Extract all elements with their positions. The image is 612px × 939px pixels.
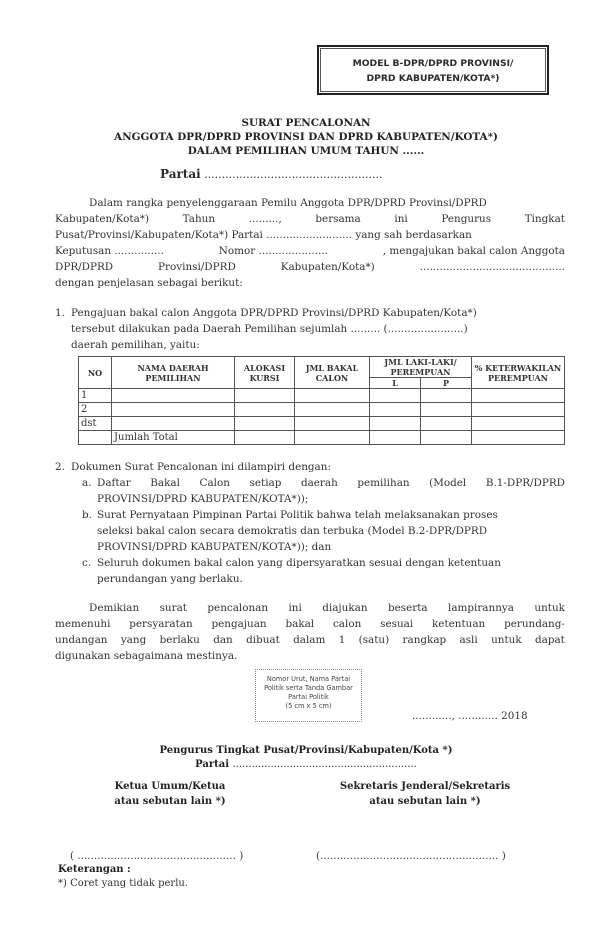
text-line: DPR/DPRDProvinsi/DPRDKabupaten/Kota*)...… — [55, 259, 565, 275]
cell-empty[interactable] — [295, 389, 370, 403]
col-p: P — [421, 378, 472, 389]
text-segment: sesuai — [380, 616, 413, 632]
partai-name-field[interactable]: ........................................… — [204, 168, 382, 181]
text-segment: 1 — [339, 632, 346, 648]
text-segment: memenuhi — [55, 616, 110, 632]
text-segment: undangan — [55, 632, 107, 648]
document-title: SURAT PENCALONAN — [0, 117, 612, 129]
cell-no[interactable] — [79, 431, 112, 445]
text-line: Seluruh dokumen bakal calon yang dipersy… — [97, 555, 565, 571]
attachment-letter: a. — [82, 475, 92, 491]
cell-empty[interactable] — [472, 431, 565, 445]
text-segment: DPR/DPRD — [55, 259, 113, 275]
signature-partai-field[interactable]: ........................................… — [233, 759, 417, 770]
text-segment: (satu) — [359, 632, 390, 648]
text-segment: Demikian — [89, 600, 139, 616]
text-segment: untuk — [534, 600, 565, 616]
cell-nama[interactable] — [112, 417, 235, 431]
text-segment: PROVINSI/DPRD KABUPATEN/KOTA*)); dan — [97, 539, 331, 555]
text-segment: ini — [288, 600, 301, 616]
table-row: Jumlah Total — [79, 431, 565, 445]
cell-empty[interactable] — [472, 417, 565, 431]
col-keterwakilan: % KETERWAKILAN PEREMPUAN — [472, 357, 565, 389]
sekretaris-signature-field[interactable]: (.......................................… — [316, 850, 506, 862]
text-segment: perundang- — [504, 616, 565, 632]
text-segment: Tingkat — [525, 211, 565, 227]
col-no: NO — [79, 357, 112, 389]
text-segment: calon — [333, 616, 361, 632]
item-2: 2. Dokumen Surat Pencalonan ini dilampir… — [55, 459, 565, 475]
text-line: PROVINSI/DPRD KABUPATEN/KOTA*)); — [97, 491, 565, 507]
attachment-item: c.Seluruh dokumen bakal calon yang diper… — [82, 555, 565, 587]
text-segment: bakal — [285, 616, 314, 632]
item-1-number: 1. — [55, 305, 65, 321]
cell-empty[interactable] — [295, 431, 370, 445]
text-segment: surat — [160, 600, 187, 616]
text-segment: dengan penjelasan sebagai berikut: — [55, 275, 243, 291]
text-segment: pengajuan — [211, 616, 266, 632]
cell-empty[interactable] — [421, 431, 472, 445]
cell-empty[interactable] — [235, 417, 295, 431]
text-segment: Pengurus — [441, 211, 491, 227]
text-segment: lampirannya — [448, 600, 514, 616]
signature-partai-label: Partai — [195, 759, 229, 770]
item-2-intro: Dokumen Surat Pencalonan ini dilampiri d… — [71, 459, 565, 475]
text-line: Keputusan ...............Nomor .........… — [55, 243, 565, 259]
place-date-field[interactable]: ............, ............ 2018 — [412, 710, 528, 722]
cell-nama[interactable] — [112, 389, 235, 403]
sekretaris-title: Sekretaris Jenderal/Sekretaris — [325, 779, 525, 794]
text-segment: Provinsi/DPRD — [158, 259, 236, 275]
item-2-number: 2. — [55, 459, 65, 475]
cell-no[interactable]: 1 — [79, 389, 112, 403]
cell-empty[interactable] — [295, 403, 370, 417]
text-segment: Keputusan ............... — [55, 243, 164, 259]
table-row: dst — [79, 417, 565, 431]
ketua-signature-field[interactable]: ( ......................................… — [70, 850, 243, 862]
attachment-letter: b. — [82, 507, 92, 523]
item-1-line: tersebut dilakukan pada Daerah Pemilihan… — [71, 321, 565, 337]
text-segment: yang — [121, 632, 146, 648]
ketua-title: Ketua Umum/Ketua — [95, 779, 245, 794]
closing-paragraph: Demikiansuratpencalonaninidiajukanbesert… — [55, 600, 565, 664]
cell-no[interactable]: 2 — [79, 403, 112, 417]
attachment-list: a.DaftarBakalCalonsetiapdaerahpemilihan(… — [82, 475, 565, 587]
text-segment: PROVINSI/DPRD KABUPATEN/KOTA*)); — [97, 491, 308, 507]
document-subtitle-1: ANGGOTA DPR/DPRD PROVINSI DAN DPRD KABUP… — [0, 131, 612, 143]
item-1-line: Pengajuan bakal calon Anggota DPR/DPRD P… — [71, 305, 565, 321]
cell-empty[interactable] — [370, 431, 421, 445]
text-segment: seleksi bakal calon secara demokratis da… — [97, 523, 487, 539]
text-segment: Tahun — [183, 211, 215, 227]
text-line: Kabupaten/Kota*)Tahun.........,bersamain… — [55, 211, 565, 227]
text-line: perundangan yang berlaku. — [97, 571, 565, 587]
text-segment: rangkap — [403, 632, 447, 648]
text-segment: pencalonan — [207, 600, 268, 616]
ketua-subtitle: atau sebutan lain *) — [95, 794, 245, 809]
text-segment: perundangan yang berlaku. — [97, 571, 243, 587]
logo-box-line2: Politik serta Tanda Gambar — [256, 684, 361, 693]
party-logo-placeholder: Nomor Urut, Nama Partai Politik serta Ta… — [255, 669, 362, 722]
item-1: 1. Pengajuan bakal calon Anggota DPR/DPR… — [55, 305, 565, 353]
text-segment: ........................................… — [420, 259, 565, 275]
cell-nama[interactable] — [112, 403, 235, 417]
attachment-item: b.Surat Pernyataan Pimpinan Partai Polit… — [82, 507, 565, 555]
cell-empty[interactable] — [235, 403, 295, 417]
text-segment: Bakal — [150, 475, 180, 491]
text-line: undanganyangberlakudandibuatdalam1(satu)… — [55, 632, 565, 648]
text-segment: ........., — [249, 211, 282, 227]
cell-empty[interactable] — [421, 403, 472, 417]
text-segment: Kabupaten/Kota*) — [55, 211, 149, 227]
model-label-line2: DPRD KABUPATEN/KOTA*) — [319, 71, 547, 86]
text-segment: bersama — [315, 211, 360, 227]
attachment-letter: c. — [82, 555, 91, 571]
logo-box-line1: Nomor Urut, Nama Partai — [256, 675, 361, 684]
text-segment: digunakan sebagaimana mestinya. — [55, 648, 237, 664]
cell-empty[interactable] — [421, 417, 472, 431]
cell-empty[interactable] — [370, 403, 421, 417]
text-line: Demikiansuratpencalonaninidiajukanbesert… — [55, 600, 565, 616]
text-segment: dibuat — [246, 632, 280, 648]
cell-nama[interactable]: Jumlah Total — [112, 431, 235, 445]
partai-label: Partai — [160, 167, 201, 181]
item-1-line: daerah pemilihan, yaitu: — [71, 337, 565, 353]
model-label-box: MODEL B-DPR/DPRD PROVINSI/ DPRD KABUPATE… — [317, 45, 549, 95]
text-segment: pemilihan — [357, 475, 409, 491]
note-title: Keterangan : — [58, 864, 131, 875]
cell-empty[interactable] — [472, 389, 565, 403]
signature-right-title: Sekretaris Jenderal/Sekretaris atau sebu… — [325, 779, 525, 809]
logo-box-line3: Partai Politik — [256, 693, 361, 702]
attachment-text: DaftarBakalCalonsetiapdaerahpemilihan(Mo… — [97, 475, 565, 507]
table-row: 2 — [79, 403, 565, 417]
text-segment: Pusat/Provinsi/Kabupaten/Kota*) Partai .… — [55, 227, 472, 243]
logo-box-line4: (5 cm x 5 cm) — [256, 702, 361, 711]
text-segment: persyaratan — [129, 616, 192, 632]
attachment-item: a.DaftarBakalCalonsetiapdaerahpemilihan(… — [82, 475, 565, 507]
col-alokasi-kursi: ALOKASI KURSI — [235, 357, 295, 389]
text-segment: Surat Pernyataan Pimpinan Partai Politik… — [97, 507, 498, 523]
text-line: dengan penjelasan sebagai berikut: — [55, 275, 565, 291]
text-segment: Dalam rangka penyelenggaraan Pemilu Angg… — [89, 195, 487, 211]
model-label-line1: MODEL B-DPR/DPRD PROVINSI/ — [319, 56, 547, 71]
note-text: *) Coret yang tidak perlu. — [58, 878, 188, 889]
cell-empty[interactable] — [421, 389, 472, 403]
text-line: Dalam rangka penyelenggaraan Pemilu Angg… — [55, 195, 565, 211]
cell-empty[interactable] — [370, 417, 421, 431]
text-segment: Calon — [200, 475, 230, 491]
cell-no[interactable]: dst — [79, 417, 112, 431]
partai-heading: Partai .................................… — [160, 167, 383, 181]
text-line: memenuhipersyaratanpengajuanbakalcalonse… — [55, 616, 565, 632]
text-segment: (Model — [429, 475, 466, 491]
cell-empty[interactable] — [472, 403, 565, 417]
text-segment: diajukan — [322, 600, 367, 616]
sekretaris-subtitle: atau sebutan lain *) — [325, 794, 525, 809]
document-subtitle-2: DALAM PEMILIHAN UMUM TAHUN ...... — [0, 145, 612, 157]
cell-empty[interactable] — [235, 431, 295, 445]
signature-heading: Pengurus Tingkat Pusat/Provinsi/Kabupate… — [0, 745, 612, 756]
col-jml-laki-perempuan: JML LAKI-LAKI/ PEREMPUAN — [370, 357, 472, 378]
text-line: seleksi bakal calon secara demokratis da… — [97, 523, 565, 539]
text-segment: dan — [213, 632, 233, 648]
attachment-text: Seluruh dokumen bakal calon yang dipersy… — [97, 555, 565, 587]
text-line: DaftarBakalCalonsetiapdaerahpemilihan(Mo… — [97, 475, 565, 491]
cell-empty[interactable] — [370, 389, 421, 403]
col-nama-daerah: NAMA DAERAH PEMILIHAN — [112, 357, 235, 389]
text-segment: Nomor ..................... — [219, 243, 328, 259]
text-segment: dapat — [535, 632, 565, 648]
text-line: PROVINSI/DPRD KABUPATEN/KOTA*)); dan — [97, 539, 565, 555]
text-segment: Seluruh dokumen bakal calon yang dipersy… — [97, 555, 501, 571]
text-line: Surat Pernyataan Pimpinan Partai Politik… — [97, 507, 565, 523]
text-segment: berlaku — [160, 632, 200, 648]
text-segment: ketentuan — [432, 616, 485, 632]
cell-empty[interactable] — [235, 389, 295, 403]
text-segment: untuk — [491, 632, 522, 648]
text-segment: Kabupaten/Kota*) — [281, 259, 375, 275]
text-segment: daerah — [301, 475, 338, 491]
col-jml-bakal-calon: JML BAKAL CALON — [295, 357, 370, 389]
text-segment: dalam — [293, 632, 325, 648]
text-line: digunakan sebagaimana mestinya. — [55, 648, 565, 664]
col-l: L — [370, 378, 421, 389]
signature-partai-line: Partai .................................… — [0, 759, 612, 770]
text-segment: Daftar — [97, 475, 131, 491]
text-segment: B.1-DPR/DPRD — [486, 475, 565, 491]
text-line: Pusat/Provinsi/Kabupaten/Kota*) Partai .… — [55, 227, 565, 243]
text-segment: asli — [460, 632, 478, 648]
intro-paragraph: Dalam rangka penyelenggaraan Pemilu Angg… — [55, 195, 565, 291]
text-segment: setiap — [250, 475, 282, 491]
table-row: 1 — [79, 389, 565, 403]
text-segment: beserta — [388, 600, 428, 616]
cell-empty[interactable] — [295, 417, 370, 431]
daerah-pemilihan-table: NO NAMA DAERAH PEMILIHAN ALOKASI KURSI J… — [78, 356, 565, 445]
text-segment: ini — [394, 211, 407, 227]
signature-left-title: Ketua Umum/Ketua atau sebutan lain *) — [95, 779, 245, 809]
attachment-text: Surat Pernyataan Pimpinan Partai Politik… — [97, 507, 565, 555]
text-segment: , mengajukan bakal calon Anggota — [383, 243, 565, 259]
